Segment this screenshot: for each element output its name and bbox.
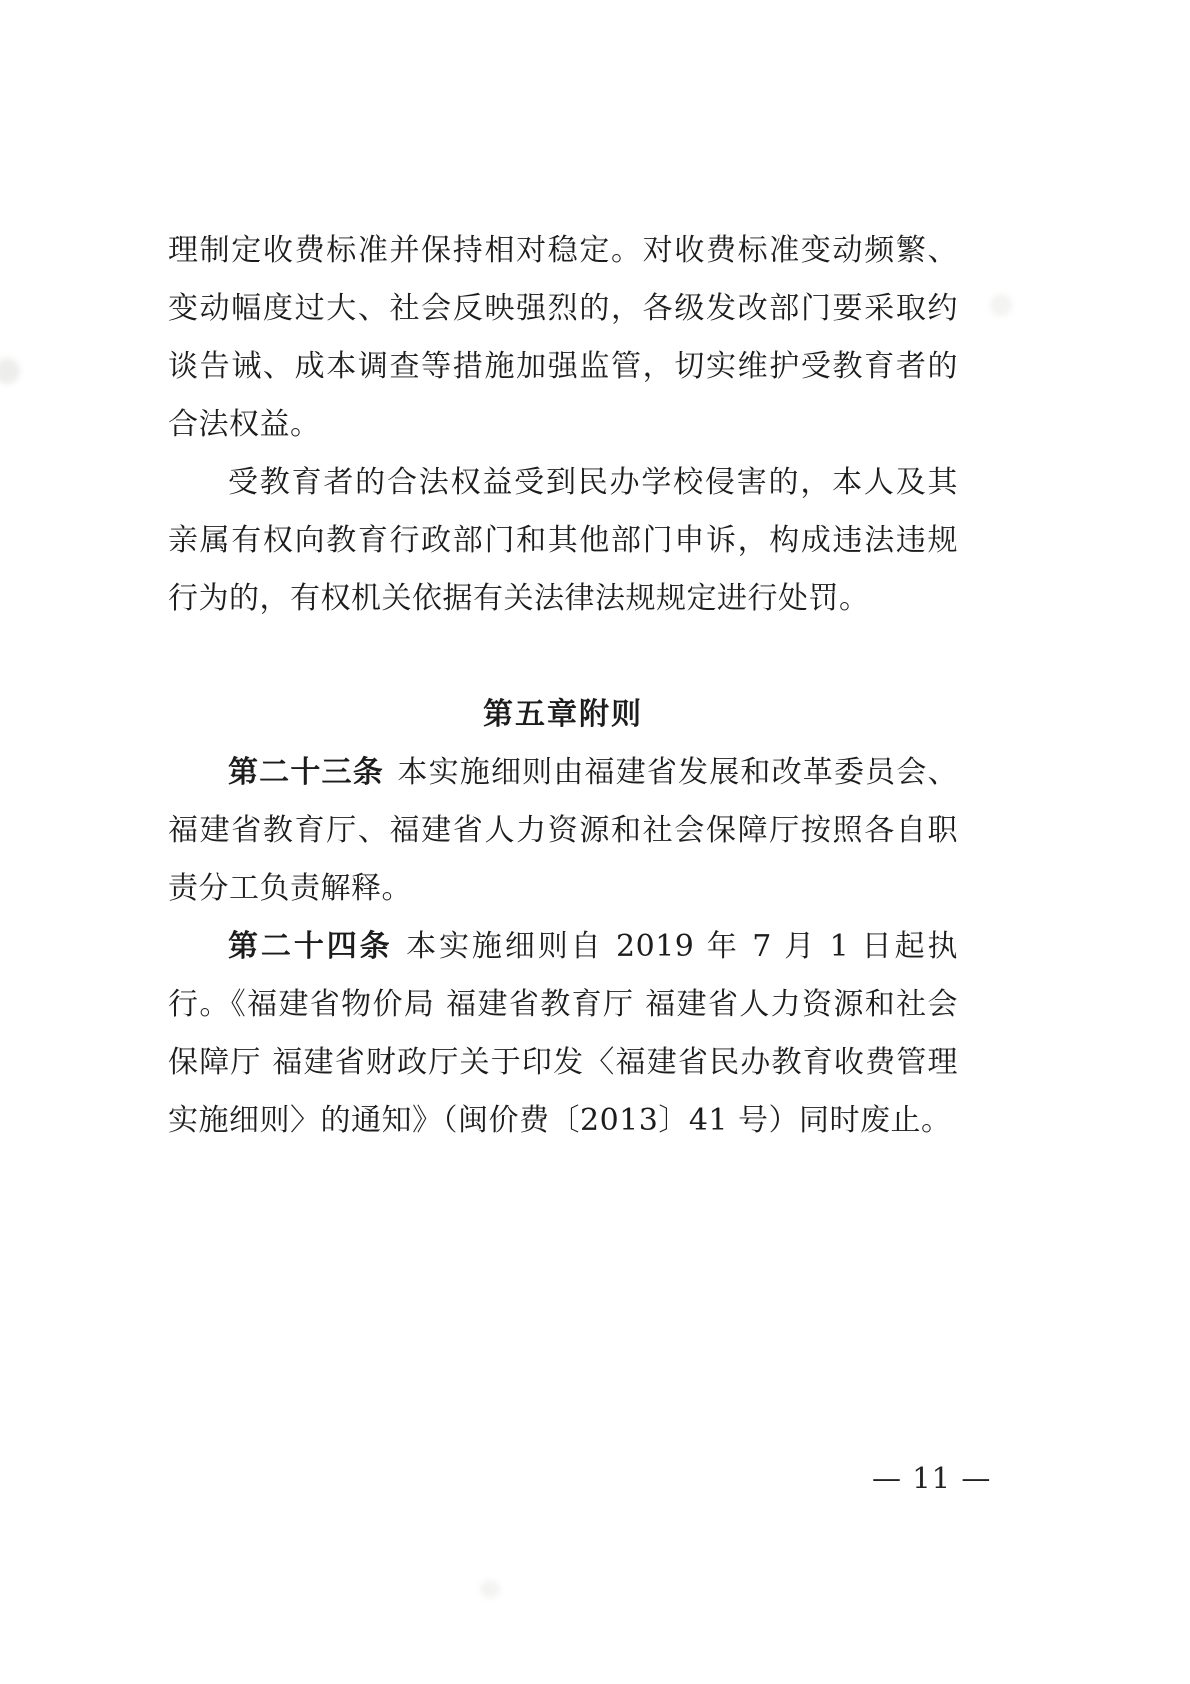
article-label: 第二十四条 <box>228 929 393 964</box>
page-number: — 11 — <box>872 1458 991 1498</box>
scan-artifact <box>480 1580 500 1598</box>
body-text: 理制定收费标准并保持相对稳定。对收费标准变动频繁、变动幅度过大、社会反映强烈的，… <box>168 222 958 1150</box>
chapter-heading: 第五章附则 <box>168 686 958 744</box>
document-page: 理制定收费标准并保持相对稳定。对收费标准变动频繁、变动幅度过大、社会反映强烈的，… <box>0 0 1190 1684</box>
scan-artifact <box>0 358 20 384</box>
article-label: 第二十三条 <box>228 755 384 790</box>
scan-artifact <box>990 294 1012 316</box>
article-paragraph: 第二十四条本实施细则自 2019 年 7 月 1 日起执行。《福建省物价局 福建… <box>168 918 958 1150</box>
article-paragraph: 第二十三条本实施细则由福建省发展和改革委员会、福建省教育厅、福建省人力资源和社会… <box>168 744 958 918</box>
paragraph: 受教育者的合法权益受到民办学校侵害的，本人及其亲属有权向教育行政部门和其他部门申… <box>168 454 958 628</box>
paragraph-continuation: 理制定收费标准并保持相对稳定。对收费标准变动频繁、变动幅度过大、社会反映强烈的，… <box>168 222 958 454</box>
